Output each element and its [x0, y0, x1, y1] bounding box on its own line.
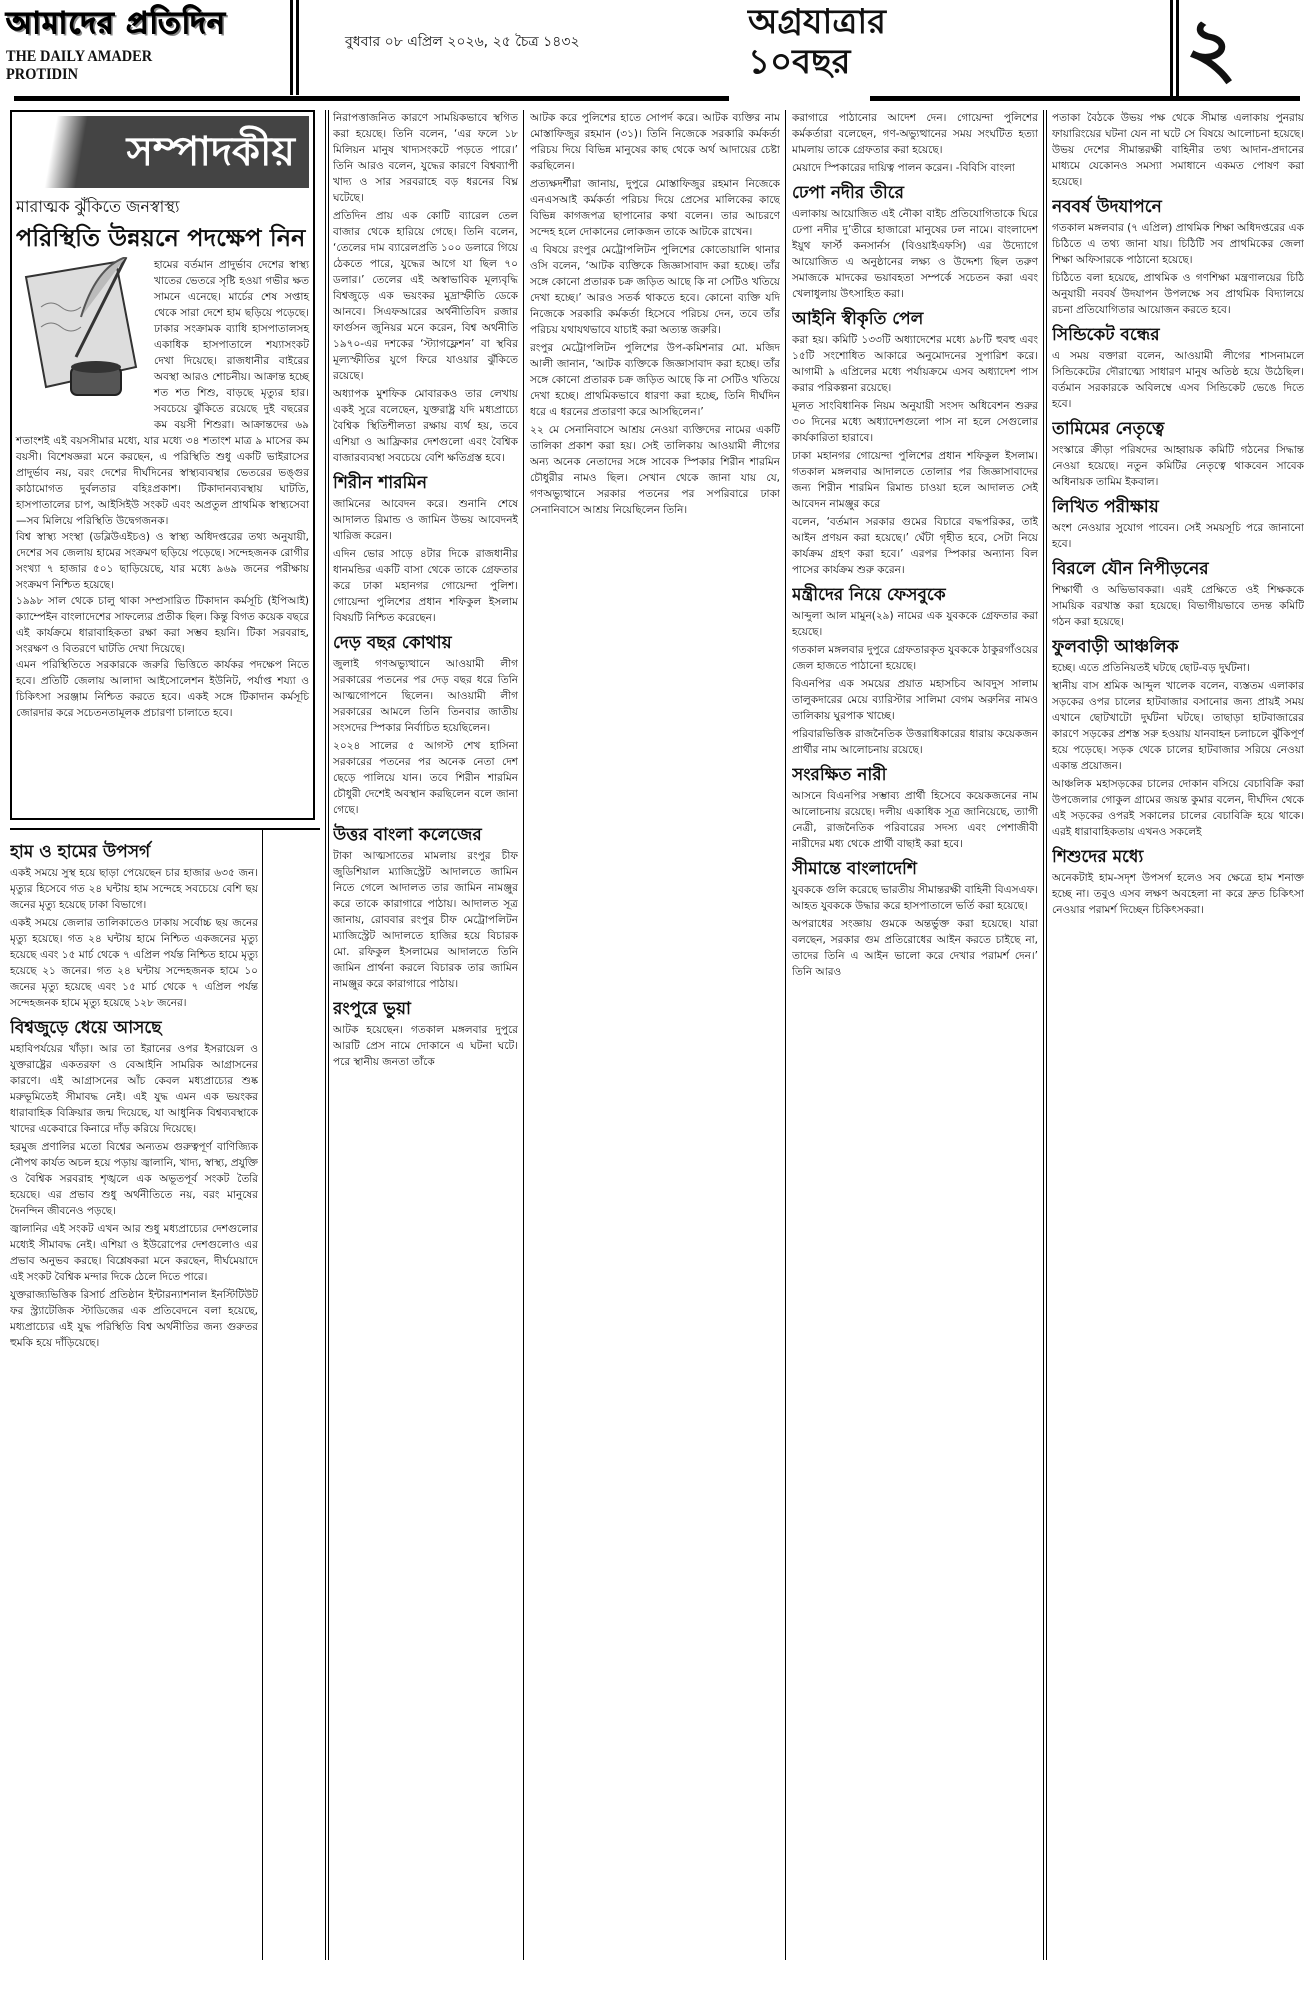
column-3: আটক করে পুলিশের হাতে সোপর্দ করে। আটক ব্য…	[530, 110, 780, 1960]
section-heading[interactable]: ঢেপা নদীর তীরে	[792, 182, 1038, 204]
column-4: করাগারে পাঠানোর আদেশ দেন। গোয়েন্দা পুলি…	[792, 110, 1038, 1960]
column-divider	[785, 110, 786, 1960]
article-paragraph: চিঠিতে বলা হয়েছে, প্রাথমিক ও গণশিক্ষা ম…	[1052, 270, 1304, 318]
section-heading[interactable]: সংরক্ষিত নারী	[792, 764, 1038, 786]
dateline: বুধবার ০৮ এপ্রিল ২০২৬, ২৫ চৈত্র ১৪৩২	[345, 30, 580, 54]
article-paragraph: রংপুর মেট্রোপলিটন পুলিশের উপ-কমিশনার মো.…	[530, 340, 780, 420]
section-heading[interactable]: শিরীন শারমিন	[333, 472, 518, 494]
section-rule	[10, 828, 320, 830]
masthead-divider	[290, 0, 293, 95]
masthead-divider	[1170, 0, 1173, 100]
section-heading[interactable]: আইনি স্বীকৃতি পেল	[792, 308, 1038, 330]
section-heading[interactable]: রংপুরে ভুয়া	[333, 998, 518, 1020]
article-paragraph: করা হয়। কমিটি ১৩৩টি অধ্যাদেশের মধ্যে ৯৮…	[792, 332, 1038, 396]
article-paragraph: মহাবিপর্যয়ের খাঁড়া। আর তা ইরানের ওপর ই…	[10, 1041, 258, 1137]
section-heading[interactable]: লিখিত পরীক্ষায়	[1052, 496, 1304, 518]
article-paragraph: টাকা আত্মসাতের মামলায় রংপুর চীফ জুডিশিয…	[333, 848, 518, 992]
article-paragraph: জ্বালানির এই সংকট এখন আর শুধু মধ্যপ্রাচ্…	[10, 1221, 258, 1285]
article-paragraph: অপরাধের সংজ্ঞায় গুমকে অন্তর্ভুক্ত করা হ…	[792, 916, 1038, 980]
article-paragraph: আব্দুলা আল মামুন(২৯) নামের এক যুবককে গ্র…	[792, 608, 1038, 640]
anniversary-banner: অগ্রযাত্রার ১০বছর	[748, 2, 886, 82]
section-heading[interactable]: উত্তর বাংলা কলেজের	[333, 824, 518, 846]
column-2: নিরাপত্তাজনিত কারণে সাময়িকভাবে স্থগিত ক…	[333, 110, 518, 1960]
article-paragraph: জুলাই গণঅভ্যুত্থানে আওয়ামী লীগ সরকারের …	[333, 656, 518, 736]
article-paragraph: ঢাকা মহানগর গোয়েন্দা পুলিশের প্রধান শফি…	[792, 448, 1038, 512]
section-heading[interactable]: দেড় বছর কোথায়	[333, 632, 518, 654]
editorial-banner: সম্পাদকীয়	[16, 116, 309, 188]
article-paragraph: শিক্ষার্থী ও অভিভাবকরা। এরই প্রেক্ষিতে ও…	[1052, 582, 1304, 630]
article-paragraph: যুবককে গুলি করেছে ভারতীয় সীমান্তরক্ষী ব…	[792, 882, 1038, 914]
article-paragraph: অনেকটাই হাম-সদৃশ উপসর্গ হলেও সব ক্ষেত্রে…	[1052, 870, 1304, 918]
article-paragraph: আঞ্চলিক মহাসড়কের চালের দোকান বসিয়ে বেচ…	[1052, 776, 1304, 840]
section-heading[interactable]: বিশ্বজুড়ে ধেয়ে আসছে	[10, 1017, 258, 1039]
article-paragraph: এলাকায় আয়োজিত এই নৌকা বাইচ প্রতিযোগিতা…	[792, 206, 1038, 302]
article-paragraph: হচ্ছে। এতে প্রতিনিয়তই ঘটছে ছোট-বড় দুর্…	[1052, 660, 1304, 676]
article-paragraph: আসনে বিএনপির সম্ভাব্য প্রার্থী হিসেবে কয…	[792, 788, 1038, 852]
section-heading[interactable]: বিরলে যৌন নিপীড়নের	[1052, 558, 1304, 580]
article-paragraph: একই সময়ে সুস্থ হয়ে ছাড়া পেয়েছেন চার …	[10, 865, 258, 913]
article-paragraph: মেয়াদে স্পিকারের দায়িত্ব পালন করেন। -ব…	[792, 160, 1038, 176]
masthead: আমাদের প্রতিদিন THE DAILY AMADER PROTIDI…	[0, 0, 1312, 100]
article-paragraph: নিরাপত্তাজনিত কারণে সাময়িকভাবে স্থগিত ক…	[333, 110, 518, 206]
article-paragraph: প্রতিদিন প্রায় এক কোটি ব্যারেল তেল বাজা…	[333, 208, 518, 384]
article-paragraph: জামিনের আবেদন করে। শুনানি শেষে আদালত রিম…	[333, 496, 518, 544]
page-number: ২	[1185, 2, 1237, 92]
article-paragraph: যুক্তরাজ্যভিত্তিক রিসার্চ প্রতিষ্ঠান ইন্…	[10, 1287, 258, 1351]
section-heading[interactable]: হাম ও হামের উপসর্গ	[10, 841, 258, 863]
article-paragraph: করাগারে পাঠানোর আদেশ দেন। গোয়েন্দা পুলি…	[792, 110, 1038, 158]
masthead-rule	[870, 96, 1300, 101]
article-paragraph: স্থানীয় বাস শ্রমিক আব্দুল খালেক বলেন, ব…	[1052, 678, 1304, 774]
anniversary-line2: ১০বছর	[748, 42, 886, 82]
article-paragraph: অংশ নেওয়ার সুযোগ পাবেন। সেই সময়সূচি পর…	[1052, 520, 1304, 552]
article-paragraph: আটক হয়েছেন। গতকাল মঙ্গলবার দুপুরে আরটি …	[333, 1022, 518, 1070]
column-5: পতাকা বৈঠকে উভয় পক্ষ থেকে সীমান্ত এলাকা…	[1052, 110, 1304, 1960]
masthead-rule	[14, 96, 729, 101]
editorial-kicker: মারাত্মক ঝুঁকিতে জনস্বাস্থ্য	[16, 194, 309, 221]
article-paragraph: প্রত্যক্ষদর্শীরা জানায়, দুপুরে মোস্তাফি…	[530, 176, 780, 240]
article-paragraph: গতকাল মঙ্গলবার (৭ এপ্রিল) প্রাথমিক শিক্ষ…	[1052, 220, 1304, 268]
column-divider	[523, 110, 524, 1960]
article-paragraph: অধ্যাপক মুশফিক মোবারকও তার লেখায় একই সু…	[333, 386, 518, 466]
article-paragraph: ২০২৪ সালের ৫ আগস্ট শেখ হাসিনা সরকারের পত…	[333, 738, 518, 818]
article-paragraph: একই সময়ে জেলার তালিকাতেও ঢাকায় সর্বোচ্…	[10, 915, 258, 1011]
article-paragraph: এদিন ভোর সাড়ে ৪টার দিকে রাজধানীর ধানমন্…	[333, 546, 518, 626]
article-paragraph: পতাকা বৈঠকে উভয় পক্ষ থেকে সীমান্ত এলাকা…	[1052, 110, 1304, 190]
column-divider	[1043, 110, 1047, 1960]
section-heading[interactable]: শিশুদের মধ্যে	[1052, 846, 1304, 868]
article-paragraph: এ সময় বক্তারা বলেন, আওয়ামী লীগের শাসনা…	[1052, 348, 1304, 412]
anniversary-line1: অগ্রযাত্রার	[748, 2, 886, 42]
editorial-box: সম্পাদকীয় মারাত্মক ঝুঁকিতে জনস্বাস্থ্য …	[10, 110, 315, 820]
quill-inkwell-icon	[16, 257, 146, 417]
section-heading[interactable]: মন্ত্রীদের নিয়ে ফেসবুকে	[792, 584, 1038, 606]
section-heading[interactable]: সিন্ডিকেট বন্ধের	[1052, 324, 1304, 346]
article-paragraph: সংস্কারে ক্রীড়া পরিষদের আহ্বায়ক কমিটি …	[1052, 442, 1304, 490]
logo-bengali: আমাদের প্রতিদিন	[6, 6, 226, 42]
editorial-paragraph: ১৯৯৮ সাল থেকে চালু থাকা সম্প্রসারিত টিকা…	[16, 593, 309, 657]
column-divider	[325, 110, 329, 1960]
article-paragraph: মূলত সাংবিধানিক নিয়ম অনুযায়ী সংসদ অধিব…	[792, 398, 1038, 446]
section-heading[interactable]: সীমান্তে বাংলাদেশি	[792, 858, 1038, 880]
column-1a: হাম ও হামের উপসর্গ একই সময়ে সুস্থ হয়ে …	[10, 835, 258, 1960]
editorial-paragraph: বিশ্ব স্বাস্থ্য সংস্থা (ডব্লিউএইচও) ও স্…	[16, 529, 309, 593]
section-heading[interactable]: নববর্ষ উদযাপনে	[1052, 196, 1304, 218]
section-heading[interactable]: তামিমের নেতৃত্বে	[1052, 418, 1304, 440]
newspaper-logo[interactable]: আমাদের প্রতিদিন THE DAILY AMADER PROTIDI…	[6, 6, 226, 84]
masthead-divider	[1176, 0, 1179, 100]
section-heading[interactable]: ফুলবাড়ী আঞ্চলিক	[1052, 636, 1304, 658]
article-paragraph: গতকাল মঙ্গলবার দুপুরে গ্রেফতারকৃত যুবককে…	[792, 642, 1038, 674]
article-paragraph: বিএনপির এক সময়ের প্রয়াত মহাসচিব আবদুস …	[792, 676, 1038, 724]
column-divider	[262, 830, 263, 1960]
article-paragraph: ২২ মে সেনানিবাসে আশ্রয় নেওয়া ব্যক্তিদে…	[530, 422, 780, 518]
article-paragraph: আটক করে পুলিশের হাতে সোপর্দ করে। আটক ব্য…	[530, 110, 780, 174]
editorial-headline[interactable]: পরিস্থিতি উন্নয়নে পদক্ষেপ নিন	[16, 223, 309, 253]
editorial-paragraph: এমন পরিস্থিতিতে সরকারকে জরুরি ভিত্তিতে ক…	[16, 657, 309, 721]
logo-english: THE DAILY AMADER PROTIDIN	[6, 48, 204, 84]
masthead-divider	[296, 0, 299, 95]
article-paragraph: এ বিষয়ে রংপুর মেট্রোপলিটন পুলিশের কোতোয…	[530, 242, 780, 338]
article-paragraph: হরমুজ প্রণালির মতো বিশ্বের অন্যতম গুরুত্…	[10, 1139, 258, 1219]
article-paragraph: বলেন, ‘বর্তমান সরকার গুমের বিচারে বদ্ধপর…	[792, 514, 1038, 578]
article-paragraph: পরিবারভিত্তিক রাজনৈতিক উত্তরাধিকারের ধার…	[792, 726, 1038, 758]
